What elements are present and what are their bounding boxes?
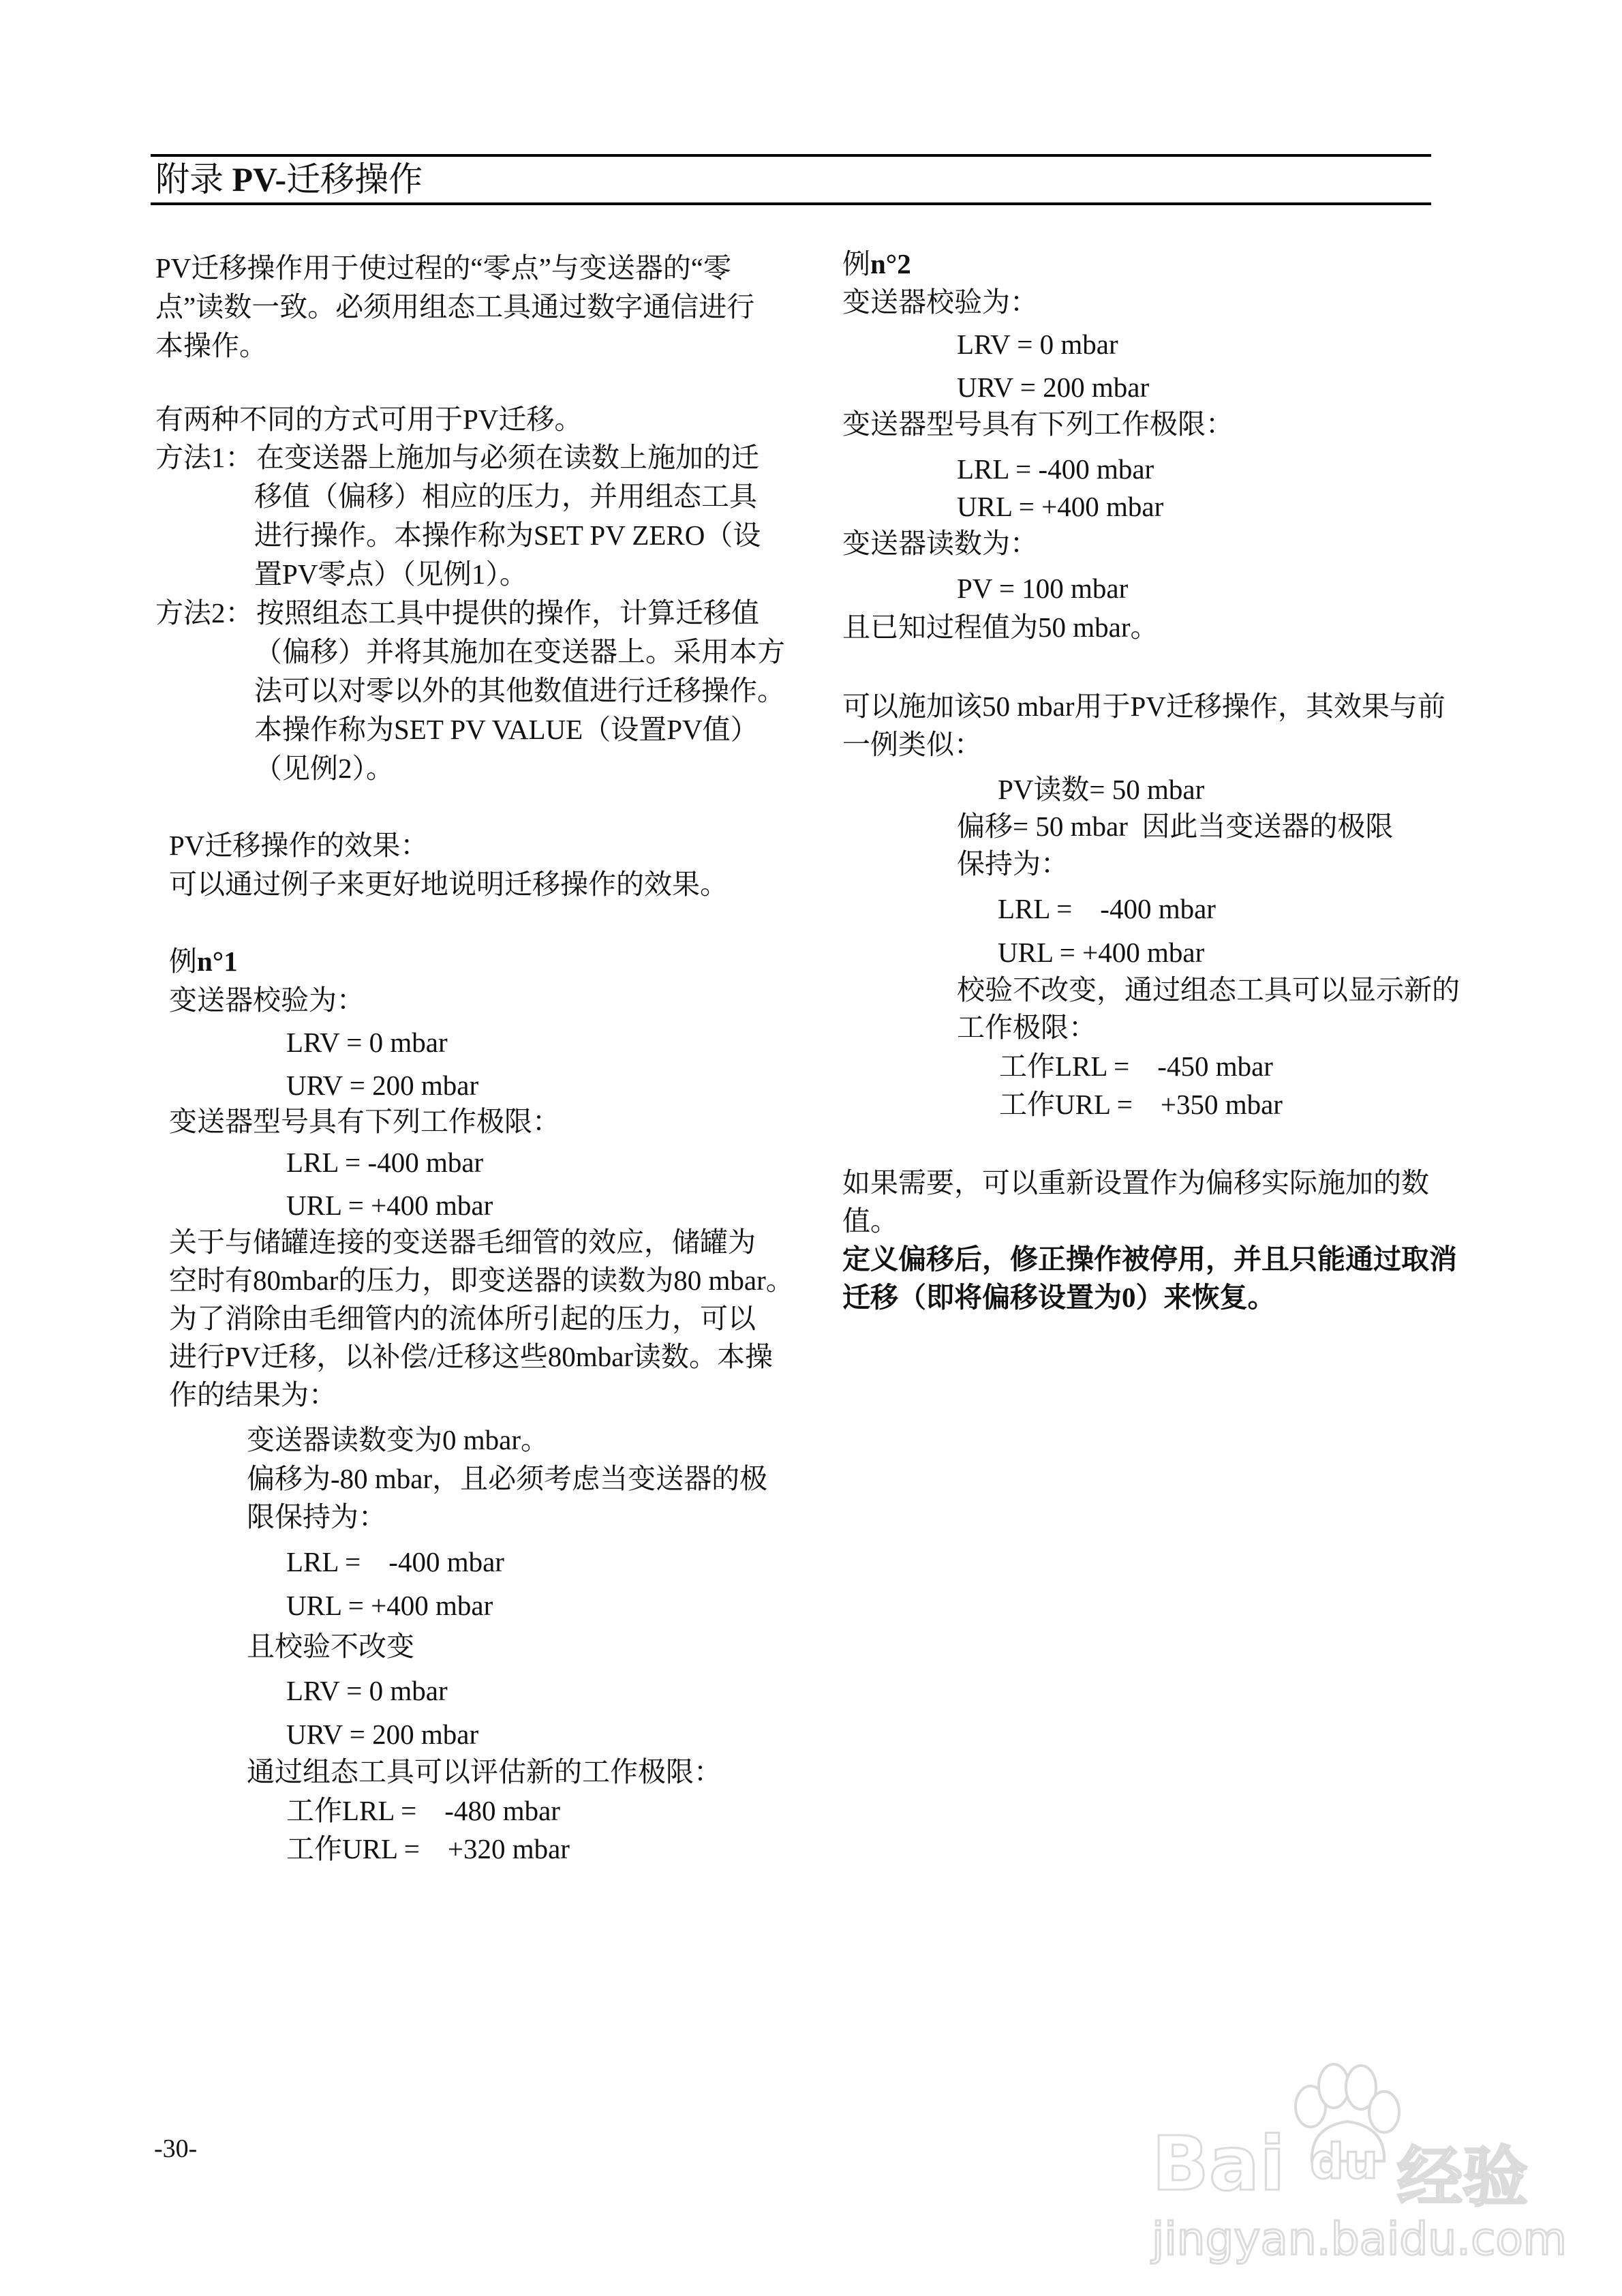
watermark-logo-cn: 经验 — [1397, 2126, 1528, 2219]
ex2-kept-lrl: LRL = -400 mbar — [998, 892, 1216, 926]
title-suffix: 迁移操作 — [286, 160, 423, 198]
ex1-paragraph-line: 为了消除由毛细管内的流体所引起的压力，可以 — [169, 1301, 756, 1335]
ex1-paragraph-line: 进行PV迁移，以补偿/迁移这些80mbar读数。本操 — [169, 1340, 773, 1374]
watermark-logo-bai: Bai — [1152, 2120, 1285, 2207]
ex2-offset-line: 偏移= 50 mbar 因此当变送器的极限 — [957, 809, 1393, 843]
ex1-url: URL = +400 mbar — [286, 1188, 493, 1222]
ex2-limits-label: 变送器型号具有下列工作极限： — [842, 407, 1234, 441]
ex1-calib-label: 变送器校验为： — [169, 983, 365, 1017]
bold-note-line: 迁移（即将偏移设置为0）来恢复。 — [842, 1280, 1276, 1314]
example1-heading: 例n°1 — [169, 944, 238, 978]
title-prefix: 附录 — [155, 160, 232, 198]
example1-heading-cn: 例 — [169, 946, 197, 977]
ex2-lrl: LRL = -400 mbar — [957, 452, 1154, 486]
method2-label: 方法2： — [155, 596, 254, 630]
page-title: 附录 PV-迁移操作 — [155, 158, 423, 200]
ex1-kept-url: URL = +400 mbar — [286, 1588, 493, 1622]
ex2-apply-line: 一例类似： — [842, 727, 982, 761]
header-bottom-rule — [151, 202, 1431, 205]
ex2-known-value: 且已知过程值为50 mbar。 — [842, 610, 1159, 644]
method1-line: 移值（偏移）相应的压力，并用组态工具 — [254, 479, 757, 513]
baidu-jingyan-watermark: Bai du 经验 jingyan.baidu.com — [1152, 2052, 1533, 2277]
ex1-lrv: LRV = 0 mbar — [286, 1025, 448, 1059]
header-top-rule — [151, 154, 1431, 157]
ex1-urv: URV = 200 mbar — [286, 1068, 478, 1102]
example2-heading-cn: 例 — [842, 248, 870, 280]
example2-heading-num: n°2 — [870, 248, 911, 280]
method1-line: 置PV零点）（见例1）。 — [254, 557, 527, 591]
watermark-url: jingyan.baidu.com — [1152, 2213, 1567, 2265]
method2-line: 本操作称为SET PV VALUE（设置PV值） — [254, 712, 759, 746]
page-number: -30- — [154, 2134, 197, 2164]
ex2-work-lrl: 工作LRL = -450 mbar — [999, 1049, 1273, 1083]
method1-line: 进行操作。本操作称为SET PV ZERO（设 — [254, 518, 761, 552]
reset-line: 值。 — [842, 1204, 898, 1238]
ex1-kept-lrv: LRV = 0 mbar — [286, 1674, 448, 1708]
ex2-display-line: 工作极限： — [957, 1010, 1097, 1044]
method2-line: （见例2）。 — [254, 751, 394, 785]
ex2-pv-reading: PV读数= 50 mbar — [998, 772, 1204, 806]
ex1-paragraph-line: 作的结果为： — [169, 1378, 337, 1412]
ex1-work-url: 工作URL = +320 mbar — [286, 1832, 570, 1866]
ex1-kept-urv: URV = 200 mbar — [286, 1717, 478, 1751]
methods-intro: 有两种不同的方式可用于PV迁移。 — [155, 402, 582, 436]
ex2-calib-label: 变送器校验为： — [842, 285, 1038, 319]
ex2-reading-label: 变送器读数为： — [842, 526, 1038, 560]
title-bold: PV- — [232, 160, 287, 198]
ex1-result-reading: 变送器读数变为0 mbar。 — [247, 1423, 549, 1457]
ex1-paragraph-line: 关于与储罐连接的变送器毛细管的效应，储罐为 — [169, 1225, 756, 1259]
ex2-kept-url: URL = +400 mbar — [998, 935, 1204, 969]
ex1-eval-label: 通过组态工具可以评估新的工作极限： — [247, 1755, 722, 1789]
method2-line: （偏移）并将其施加在变送器上。采用本方 — [254, 635, 785, 669]
method1-line: 在变送器上施加与必须在读数上施加的迁 — [256, 440, 759, 474]
ex1-work-lrl: 工作LRL = -480 mbar — [286, 1794, 560, 1828]
ex1-limits-label: 变送器型号具有下列工作极限： — [169, 1104, 560, 1138]
ex1-offset-line: 限保持为： — [247, 1500, 386, 1534]
example2-heading: 例n°2 — [842, 247, 911, 281]
ex2-url: URL = +400 mbar — [957, 489, 1163, 524]
effect-text: 可以通过例子来更好地说明迁移操作的效果。 — [169, 867, 728, 901]
ex2-pv: PV = 100 mbar — [957, 571, 1128, 605]
ex2-apply-line: 可以施加该50 mbar用于PV迁移操作，其效果与前 — [842, 689, 1445, 723]
ex2-lrv: LRV = 0 mbar — [957, 327, 1118, 361]
bold-note-line: 定义偏移后，修正操作被停用，并且只能通过取消 — [842, 1242, 1457, 1276]
ex1-kept-lrl: LRL = -400 mbar — [286, 1545, 504, 1579]
method1-label: 方法1： — [155, 440, 254, 474]
ex1-lrl: LRL = -400 mbar — [286, 1145, 483, 1179]
intro-line: 点”读数一致。必须用组态工具通过数字通信进行 — [155, 290, 754, 324]
ex1-offset-line: 偏移为-80 mbar，且必须考虑当变送器的极 — [247, 1462, 767, 1496]
ex2-urv: URV = 200 mbar — [957, 370, 1149, 404]
method2-line: 按照组态工具中提供的操作，计算迁移值 — [256, 596, 759, 630]
ex1-paragraph-line: 空时有80mbar的压力，即变送器的读数为80 mbar。 — [169, 1263, 794, 1297]
ex2-kept-label: 保持为： — [957, 847, 1069, 881]
example1-heading-num: n°1 — [197, 946, 238, 977]
intro-line: PV迁移操作用于使过程的“零点”与变送器的“零 — [155, 251, 731, 285]
ex2-work-url: 工作URL = +350 mbar — [999, 1087, 1283, 1121]
effect-heading: PV迁移操作的效果： — [169, 828, 428, 862]
watermark-logo-du: du — [1310, 2134, 1378, 2190]
reset-line: 如果需要，可以重新设置作为偏移实际施加的数 — [842, 1166, 1429, 1200]
method2-line: 法可以对零以外的其他数值进行迁移操作。 — [254, 674, 785, 708]
ex1-calib-unchanged: 且校验不改变 — [247, 1629, 414, 1663]
ex2-display-line: 校验不改变，通过组态工具可以显示新的 — [957, 973, 1460, 1007]
intro-line: 本操作。 — [155, 329, 267, 363]
